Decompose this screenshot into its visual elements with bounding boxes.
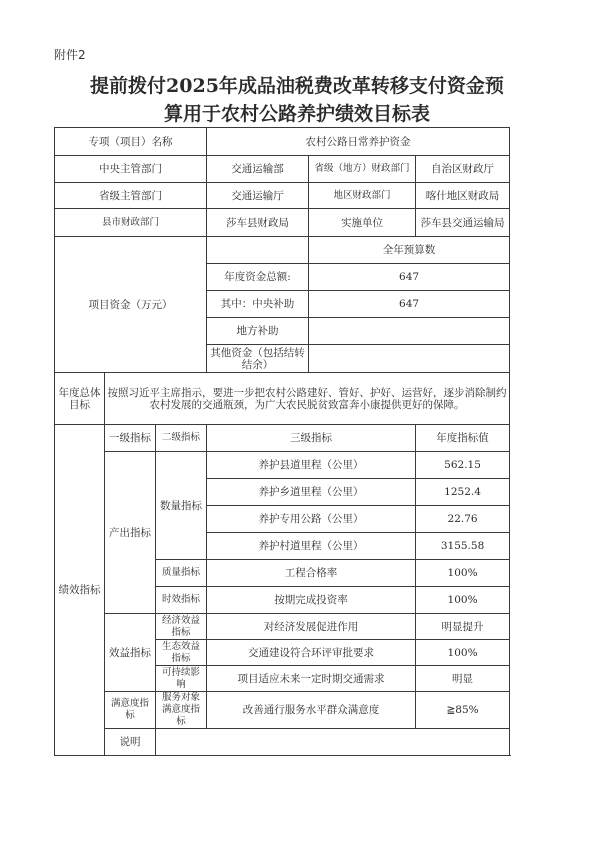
indicator-name: 养护村道里程（公里） (207, 533, 416, 560)
indicator-value: 3155.58 (416, 533, 510, 560)
title-line-2: 算用于农村公路养护绩效目标表 (0, 100, 594, 128)
central-dept-value: 交通运输部 (207, 156, 309, 183)
central-dept-row: 中央主管部门 交通运输部 省级（地方）财政部门 自治区财政厅 (55, 156, 510, 183)
indicator-value: 562.15 (416, 452, 510, 479)
prefecture-finance-value: 喀什地区财政局 (416, 183, 510, 209)
notes-value (156, 729, 510, 756)
funds-row-label: 地方补助 (207, 318, 309, 345)
timeliness-indicator-label: 时效指标 (156, 587, 207, 614)
indicator-name: 项目适应未来一定时期交通需求 (207, 666, 416, 692)
central-dept-label: 中央主管部门 (55, 156, 207, 183)
project-name-row: 专项（项目）名称 农村公路日常养护资金 (55, 128, 510, 156)
indicator-name: 改善通行服务水平群众满意度 (207, 692, 416, 729)
funds-row-label: 其中：中央补助 (207, 291, 309, 318)
level2-header: 二级指标 (156, 425, 207, 452)
project-name-label: 专项（项目）名称 (55, 128, 207, 156)
indicator-value: 22.76 (416, 506, 510, 533)
county-finance-row: 县市财政部门 莎车县财政局 实施单位 莎车县交通运输局 (55, 209, 510, 237)
indicator-name: 按期完成投资率 (207, 587, 416, 614)
indicator-value: 100% (416, 640, 510, 666)
provincial-dept-row: 省级主管部门 交通运输厅 地区财政部门 喀什地区财政局 (55, 183, 510, 209)
level1-header: 一级指标 (105, 425, 156, 452)
satisfaction-sub-label: 服务对象满意度指标 (156, 692, 207, 729)
benefit-sub-label: 可持续影响 (156, 666, 207, 692)
benefit-indicator-label: 效益指标 (105, 614, 156, 692)
provincial-finance-label: 省级（地方）财政部门 (309, 156, 416, 183)
annual-goal-row: 年度总体目标 按照习近平主席指示，要进一步把农村公路建好、管好、护好、运营好，逐… (55, 373, 510, 425)
provincial-finance-value: 自治区财政厅 (416, 156, 510, 183)
county-finance-label: 县市财政部门 (55, 209, 207, 237)
prefecture-finance-label: 地区财政部门 (309, 183, 416, 209)
project-name-value: 农村公路日常养护资金 (207, 128, 510, 156)
annual-goal-label: 年度总体目标 (55, 373, 105, 425)
attachment-label: 附件2 (54, 46, 86, 63)
implementer-label: 实施单位 (309, 209, 416, 237)
funds-column-header: 全年预算数 (309, 237, 510, 264)
indicator-name: 工程合格率 (207, 560, 416, 587)
indicator-value: 100% (416, 587, 510, 614)
implementer-value: 莎车县交通运输局 (416, 209, 510, 237)
provincial-dept-label: 省级主管部门 (55, 183, 207, 209)
funds-row-value: 647 (309, 291, 510, 318)
value-header: 年度指标值 (416, 425, 510, 452)
indicator-row: 效益指标 经济效益指标 对经济发展促进作用 明显提升 (55, 614, 510, 640)
quality-indicator-label: 质量指标 (156, 560, 207, 587)
output-indicator-label: 产出指标 (105, 452, 156, 614)
benefit-sub-label: 生态效益指标 (156, 640, 207, 666)
indicator-value: 100% (416, 560, 510, 587)
indicator-row: 产出指标 数量指标 养护县道里程（公里） 562.15 (55, 452, 510, 479)
funds-header-row: 项目资金（万元） 全年预算数 (55, 237, 510, 264)
provincial-dept-value: 交通运输厅 (207, 183, 309, 209)
funds-row-value (309, 345, 510, 373)
indicator-name: 养护县道里程（公里） (207, 452, 416, 479)
indicator-value: ≧85% (416, 692, 510, 729)
indicator-name: 交通建设符合环评审批要求 (207, 640, 416, 666)
title-line-1: 提前拨付2025年成品油税费改革转移支付资金预 (0, 72, 594, 100)
funds-section-label: 项目资金（万元） (55, 237, 207, 373)
indicator-name: 对经济发展促进作用 (207, 614, 416, 640)
indicator-value: 1252.4 (416, 479, 510, 506)
performance-target-table: 专项（项目）名称 农村公路日常养护资金 中央主管部门 交通运输部 省级（地方）财… (54, 127, 510, 756)
quantity-indicator-label: 数量指标 (156, 452, 207, 560)
level3-header: 三级指标 (207, 425, 416, 452)
funds-row-value: 647 (309, 264, 510, 291)
indicator-name: 养护乡道里程（公里） (207, 479, 416, 506)
indicator-row: 满意度指标 服务对象满意度指标 改善通行服务水平群众满意度 ≧85% (55, 692, 510, 729)
county-finance-value: 莎车县财政局 (207, 209, 309, 237)
funds-header-blank (207, 237, 309, 264)
indicator-value: 明显 (416, 666, 510, 692)
benefit-sub-label: 经济效益指标 (156, 614, 207, 640)
document-title: 提前拨付2025年成品油税费改革转移支付资金预 算用于农村公路养护绩效目标表 (0, 72, 594, 128)
satisfaction-indicator-label: 满意度指标 (105, 692, 156, 729)
notes-row: 说明 (55, 729, 510, 756)
indicator-name: 养护专用公路（公里） (207, 506, 416, 533)
funds-row-label: 其他资金（包括结转结余） (207, 345, 309, 373)
funds-row-value (309, 318, 510, 345)
funds-row-label: 年度资金总额: (207, 264, 309, 291)
annual-goal-text: 按照习近平主席指示，要进一步把农村公路建好、管好、护好、运营好，逐步消除制约农村… (105, 373, 510, 425)
indicator-value: 明显提升 (416, 614, 510, 640)
indicator-header-row: 绩效指标 一级指标 二级指标 三级指标 年度指标值 (55, 425, 510, 452)
notes-label: 说明 (105, 729, 156, 756)
indicators-section-label: 绩效指标 (55, 425, 105, 756)
